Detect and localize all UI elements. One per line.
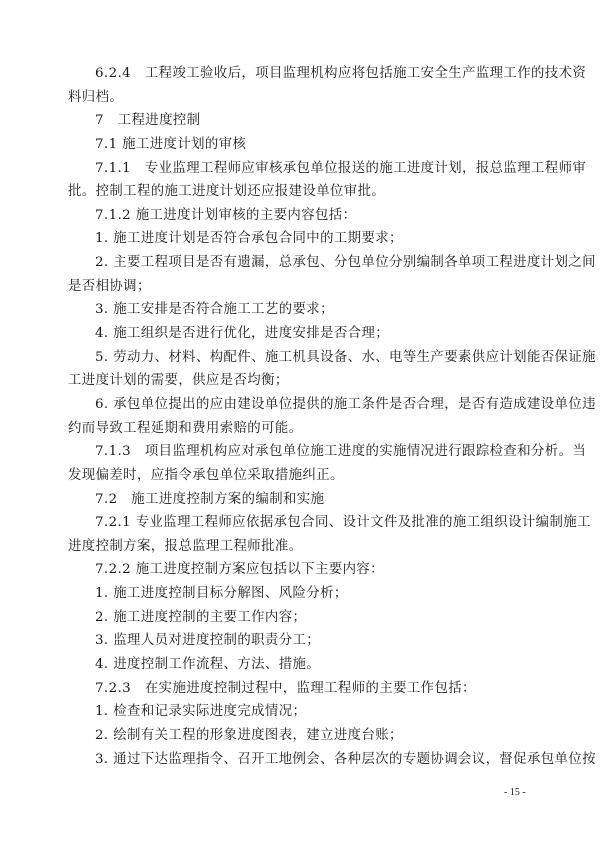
list-item: 6. 承包单位提出的应由建设单位提供的施工条件是否合理，是否有造成建设单位违 xyxy=(68,393,530,417)
list-item: 2. 绘制有关工程的形象进度图表，建立进度台账； xyxy=(68,724,530,748)
paragraph-6-2-4: 6.2.4 工程竣工验收后，项目监理机构应将包括施工安全生产监理工作的技术资 xyxy=(68,62,530,86)
list-item: 1. 施工进度控制目标分解图、风险分析； xyxy=(68,582,530,606)
document-body: 6.2.4 工程竣工验收后，项目监理机构应将包括施工安全生产监理工作的技术资 料… xyxy=(68,62,530,771)
list-item-cont: 约而导致工程延期和费用索赔的可能。 xyxy=(68,417,530,441)
paragraph-7-2-1-cont: 进度控制方案，报总监理工程师批准。 xyxy=(68,535,530,559)
page-number: - 15 - xyxy=(504,787,526,798)
paragraph-7-1-3: 7.1.3 项目监理机构应对承包单位施工进度的实施情况进行跟踪检查和分析。当 xyxy=(68,440,530,464)
list-item-cont: 工进度计划的需要，供应是否均衡； xyxy=(68,369,530,393)
list-item-cont: 是否相协调； xyxy=(68,275,530,299)
list-item: 2. 施工进度控制的主要工作内容； xyxy=(68,606,530,630)
paragraph-7-1-2: 7.1.2 施工进度计划审核的主要内容包括： xyxy=(68,204,530,228)
list-item: 1. 检查和记录实际进度完成情况； xyxy=(68,700,530,724)
list-item: 2. 主要工程项目是否有遗漏，总承包、分包单位分别编制各单项工程进度计划之间 xyxy=(68,251,530,275)
list-item: 4. 进度控制工作流程、方法、措施。 xyxy=(68,653,530,677)
paragraph-7-1-1-cont: 批。控制工程的施工进度计划还应报建设单位审批。 xyxy=(68,180,530,204)
paragraph-7-1-3-cont: 发现偏差时，应指令承包单位采取措施纠正。 xyxy=(68,464,530,488)
paragraph-7-2-3: 7.2.3 在实施进度控制过程中，监理工程师的主要工作包括： xyxy=(68,677,530,701)
section-heading-7-2: 7.2 施工进度控制方案的编制和实施 xyxy=(68,488,530,512)
paragraph-6-2-4-cont: 料归档。 xyxy=(68,86,530,110)
section-heading-7: 7 工程进度控制 xyxy=(68,109,530,133)
list-item: 3. 施工安排是否符合施工工艺的要求； xyxy=(68,298,530,322)
list-item: 4. 施工组织是否进行优化，进度安排是否合理； xyxy=(68,322,530,346)
list-item: 3. 通过下达监理指令、召开工地例会、各种层次的专题协调会议，督促承包单位按 xyxy=(68,748,530,772)
paragraph-7-2-2: 7.2.2 施工进度控制方案应包括以下主要内容： xyxy=(68,558,530,582)
section-heading-7-1: 7.1 施工进度计划的审核 xyxy=(68,133,530,157)
list-item: 1. 施工进度计划是否符合承包合同中的工期要求； xyxy=(68,227,530,251)
paragraph-7-2-1: 7.2.1 专业监理工程师应依据承包合同、设计文件及批准的施工组织设计编制施工 xyxy=(68,511,530,535)
list-item: 5. 劳动力、材料、构配件、施工机具设备、水、电等生产要素供应计划能否保证施 xyxy=(68,346,530,370)
paragraph-7-1-1: 7.1.1 专业监理工程师应审核承包单位报送的施工进度计划，报总监理工程师审 xyxy=(68,157,530,181)
list-item: 3. 监理人员对进度控制的职责分工； xyxy=(68,629,530,653)
